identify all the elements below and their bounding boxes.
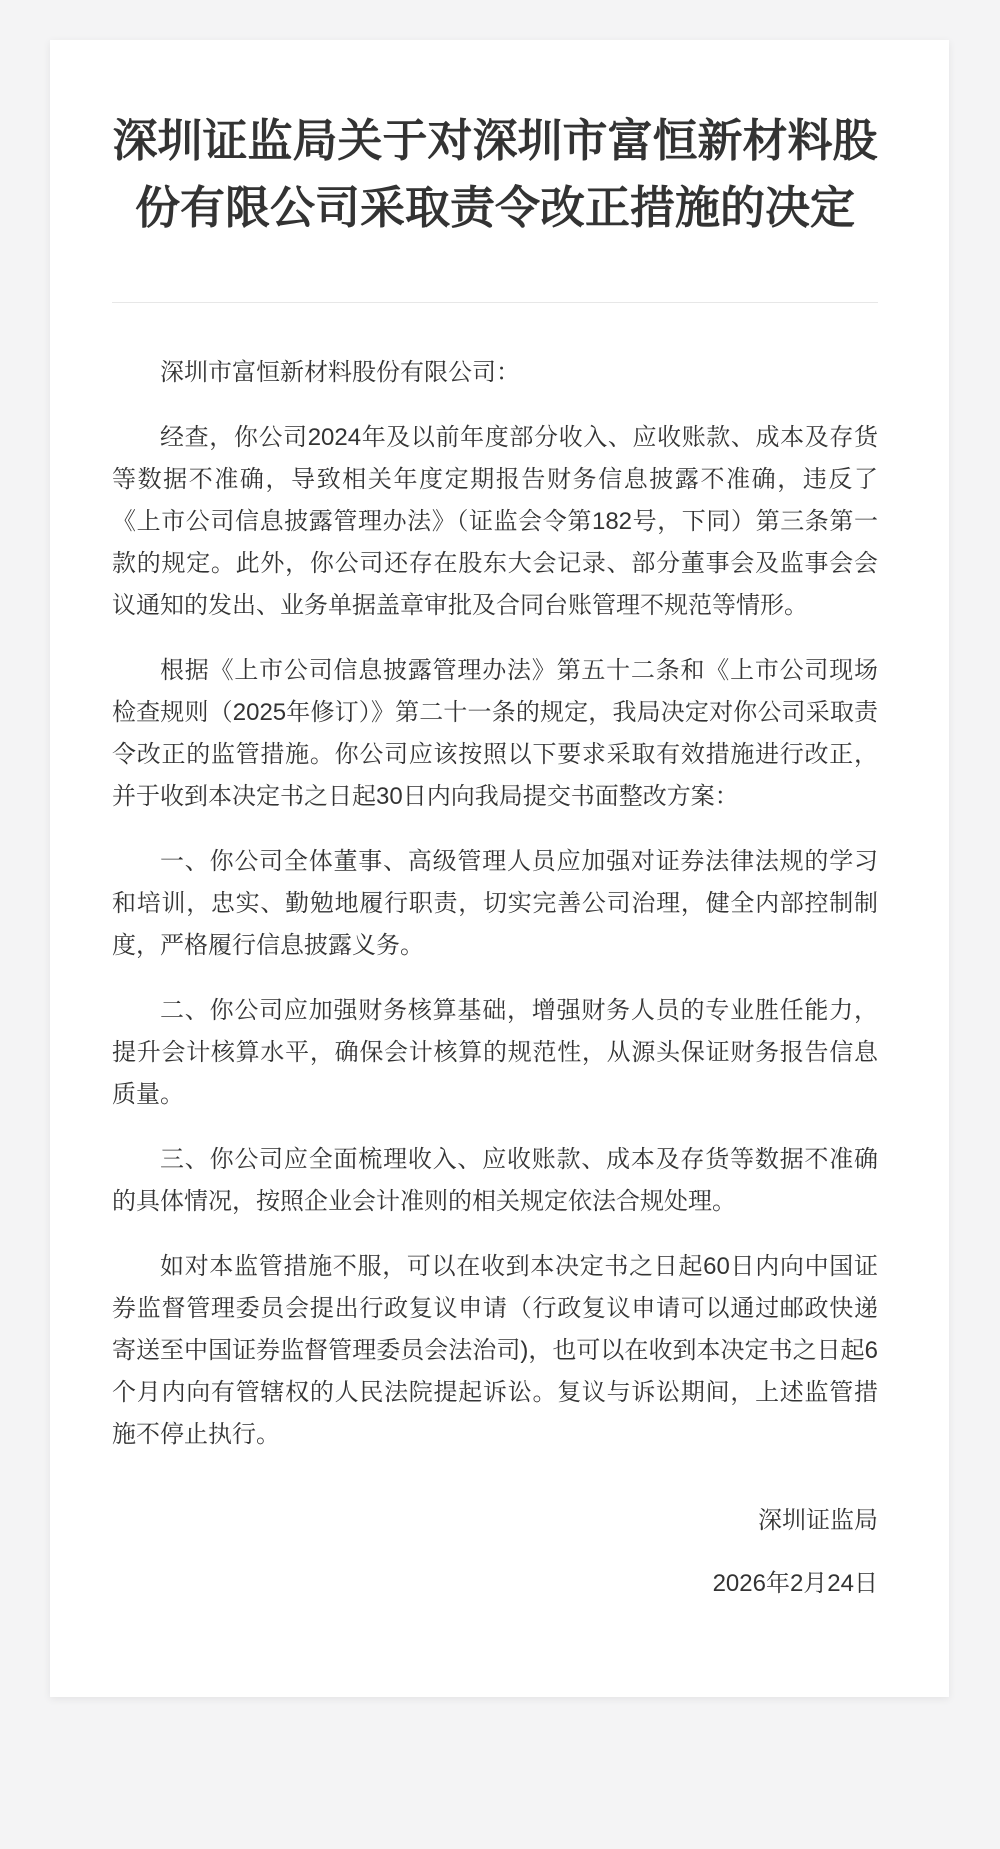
paragraph-6: 如对本监管措施不服，可以在收到本决定书之日起60日内向中国证券监督管理委员会提出… xyxy=(112,1246,878,1456)
document-body: 深圳市富恒新材料股份有限公司： 经查，你公司2024年及以前年度部分收入、应收账… xyxy=(112,352,878,1605)
title-divider xyxy=(112,302,878,303)
signature: 深圳证监局 xyxy=(112,1500,878,1542)
paragraph-5: 三、你公司应全面梳理收入、应收账款、成本及存货等数据不准确的具体情况，按照企业会… xyxy=(112,1139,878,1223)
paragraph-4: 二、你公司应加强财务核算基础，增强财务人员的专业胜任能力，提升会计核算水平，确保… xyxy=(112,990,878,1116)
document-card: 深圳证监局关于对深圳市富恒新材料股份有限公司采取责令改正措施的决定 深圳市富恒新… xyxy=(50,40,949,1697)
date: 2026年2月24日 xyxy=(112,1563,878,1605)
paragraph-3: 一、你公司全体董事、高级管理人员应加强对证券法律法规的学习和培训，忠实、勤勉地履… xyxy=(112,841,878,967)
paragraph-1: 经查，你公司2024年及以前年度部分收入、应收账款、成本及存货等数据不准确，导致… xyxy=(112,417,878,627)
document-title: 深圳证监局关于对深圳市富恒新材料股份有限公司采取责令改正措施的决定 xyxy=(112,107,878,241)
paragraph-2: 根据《上市公司信息披露管理办法》第五十二条和《上市公司现场检查规则（2025年修… xyxy=(112,650,878,818)
salutation: 深圳市富恒新材料股份有限公司： xyxy=(112,352,878,394)
